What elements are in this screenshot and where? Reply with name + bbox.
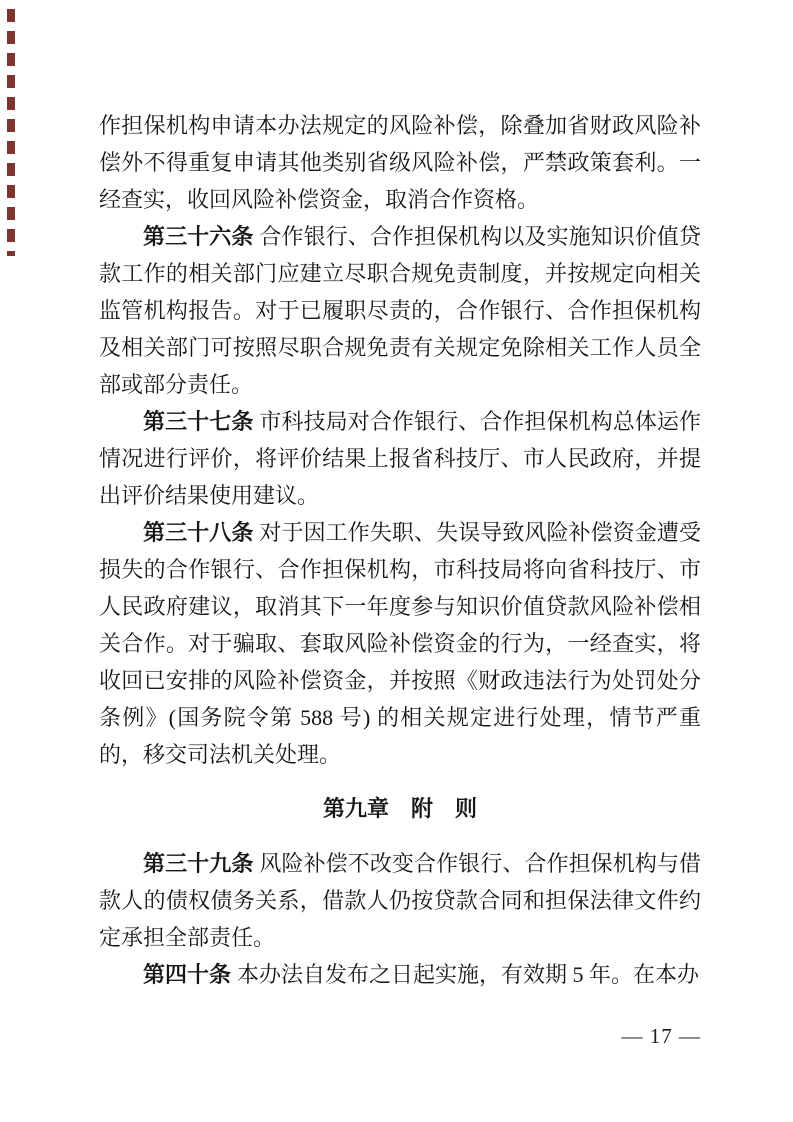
paragraph-text: 对于因工作失职、失误导致风险补偿资金遭受损失的合作银行、合作担保机构，市科技局将…: [99, 520, 701, 767]
paragraph-text: 合作银行、合作担保机构以及实施知识价值贷款工作的相关部门应建立尽职合规免责制度，…: [99, 224, 701, 397]
article-number-label: 第四十条: [143, 962, 231, 987]
article-number-label: 第三十八条: [143, 520, 253, 545]
article-39-paragraph: 第三十九条风险补偿不改变合作银行、合作担保机构与借款人的债权债务关系，借款人仍按…: [99, 845, 701, 956]
paragraph-text: 作担保机构申请本办法规定的风险补偿，除叠加省财政风险补偿外不得重复申请其他类别省…: [99, 113, 701, 212]
scan-artifact-marks: [7, 9, 15, 256]
page-number: — 17 —: [622, 1022, 702, 1050]
article-36-paragraph: 第三十六条合作银行、合作担保机构以及实施知识价值贷款工作的相关部门应建立尽职合规…: [99, 218, 701, 403]
article-37-paragraph: 第三十七条市科技局对合作银行、合作担保机构总体运作情况进行评价，将评价结果上报省…: [99, 403, 701, 514]
chapter-heading: 第九章 附 则: [99, 790, 701, 827]
article-number-label: 第三十九条: [143, 851, 253, 876]
article-number-label: 第三十七条: [143, 409, 253, 434]
article-40-paragraph: 第四十条本办法自发布之日起实施，有效期 5 年。在本办: [99, 956, 701, 993]
paragraph-continuation: 作担保机构申请本办法规定的风险补偿，除叠加省财政风险补偿外不得重复申请其他类别省…: [99, 107, 701, 218]
article-number-label: 第三十六条: [143, 224, 253, 249]
article-38-paragraph: 第三十八条对于因工作失职、失误导致风险补偿资金遭受损失的合作银行、合作担保机构，…: [99, 514, 701, 773]
document-body: 作担保机构申请本办法规定的风险补偿，除叠加省财政风险补偿外不得重复申请其他类别省…: [99, 107, 701, 993]
paragraph-text: 本办法自发布之日起实施，有效期 5 年。在本办: [237, 962, 699, 987]
document-page: 作担保机构申请本办法规定的风险补偿，除叠加省财政风险补偿外不得重复申请其他类别省…: [0, 0, 793, 1122]
